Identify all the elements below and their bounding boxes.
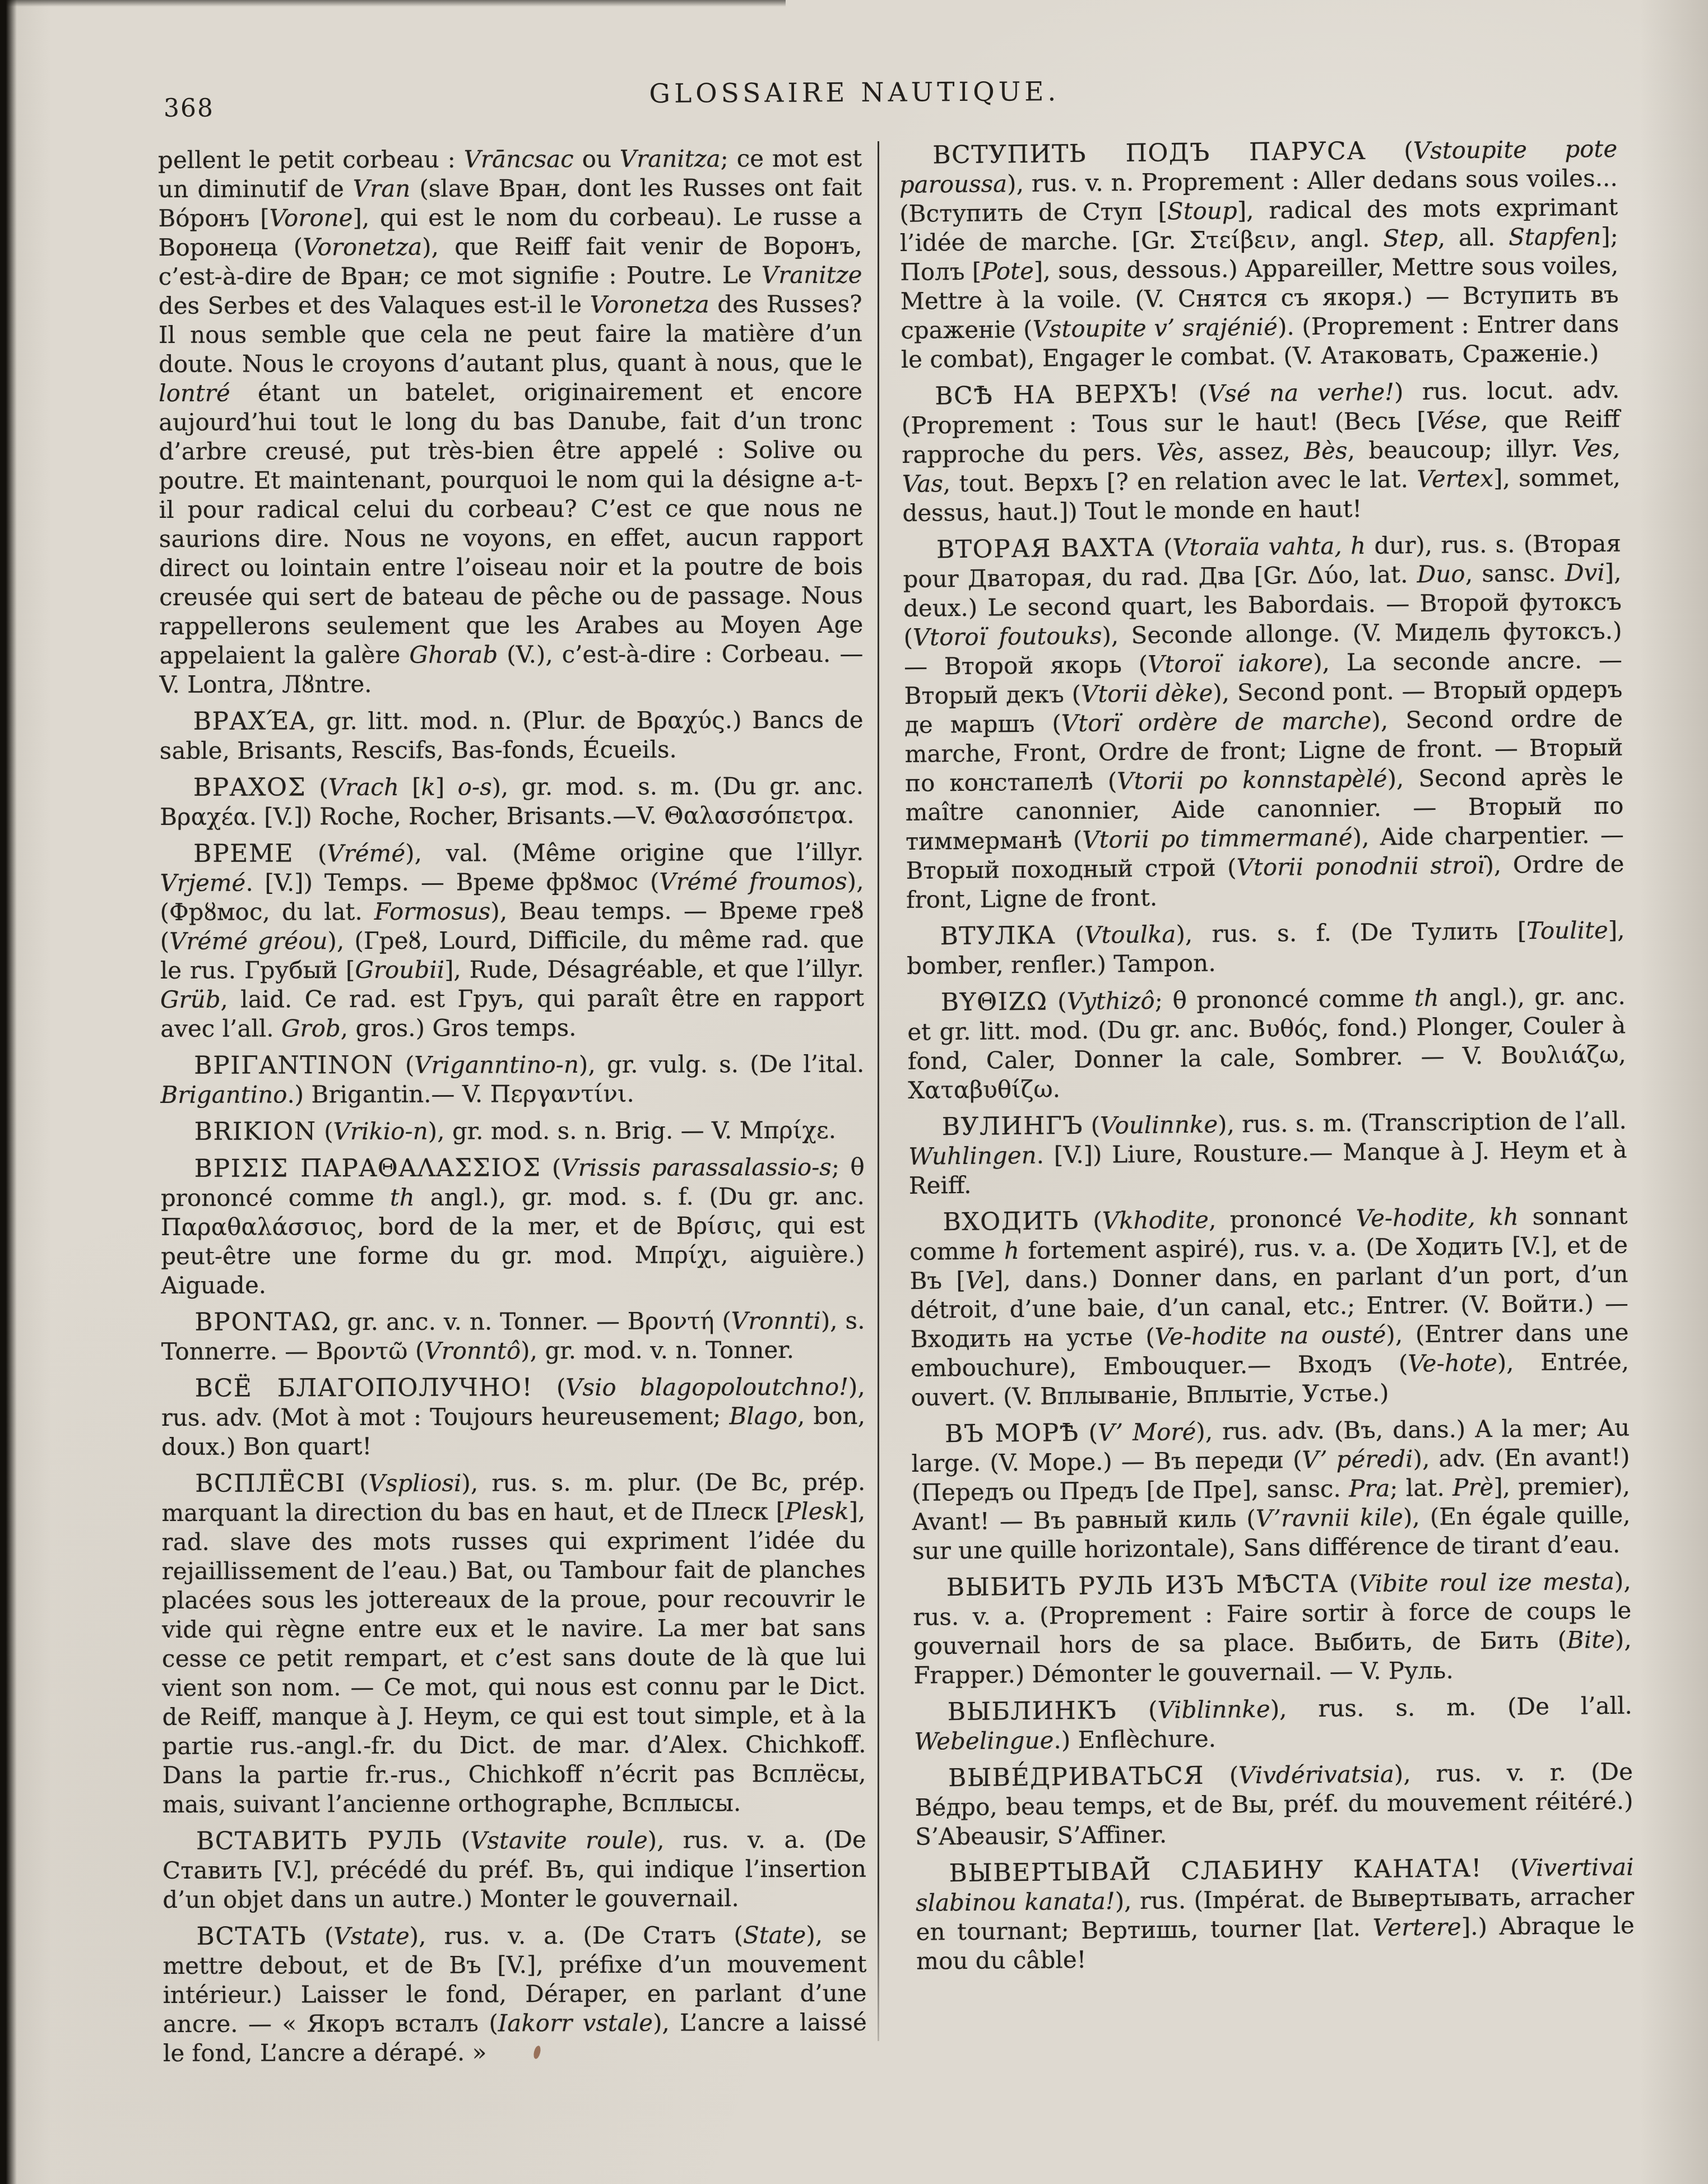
entry-headword: ВУЛИНГЪ: [942, 1111, 1084, 1141]
entry-headword: ВСТАТЬ: [196, 1922, 307, 1951]
entry-headword: ΒΥΘΙΖΩ: [941, 987, 1048, 1017]
entry-headword: ВЫВЕ́ДРИВАТЬСЯ: [948, 1761, 1205, 1792]
entry-paragraph: ΒΡΙΣΙΣ ΠΑΡΑΘΑΛΑΣΣΙΟΣ (Vrissis parassalas…: [161, 1153, 865, 1300]
entry-headword: ВРЕМЕ: [193, 839, 294, 868]
entry-paragraph: ВУЛИНГЪ (Voulinnke), rus. s. m. (Transcr…: [908, 1106, 1627, 1200]
column-divider: [878, 141, 879, 2041]
entry-headword: ВСПЛЁСВІ: [195, 1469, 346, 1498]
entry-headword: ВЫБИТЬ РУЛЬ ИЗЪ МѢСТА: [946, 1570, 1339, 1602]
entry-paragraph: ВЫБЛИНКЪ (Viblinnke), rus. s. m. (De l’a…: [914, 1691, 1633, 1756]
entry-paragraph: ВТОРАЯ ВАХТА (Vtoraïa vahta, h dur), rus…: [903, 529, 1625, 915]
entry-headword: ΒΡΟΝΤΑΩ: [194, 1307, 332, 1337]
entry-headword: ВЪ МОРѢ: [945, 1418, 1079, 1448]
entry-paragraph: ВСЁ БЛАГОПОЛУЧНО! (Vsio blagopoloutchno!…: [161, 1372, 865, 1462]
entry-headword: ВТОРАЯ ВАХТА: [936, 534, 1155, 564]
entry-paragraph: ВСТАТЬ (Vstate), rus. v. a. (De Статъ (S…: [163, 1921, 867, 2068]
entry-paragraph: ВЫБИТЬ РУЛЬ ИЗЪ МѢСТА (Vibite roul ize m…: [913, 1567, 1632, 1690]
entry-headword: ВТУЛКА: [940, 921, 1056, 950]
entry-headword: ВСТАВИТЬ РУЛЬ: [196, 1826, 443, 1856]
entry-paragraph: ВХОДИТЬ (Vkhodite, prononcé Ve-hodite, k…: [909, 1202, 1629, 1412]
entry-paragraph: ΒΡΑΧΈΑ, gr. litt. mod. n. (Plur. de Βραχ…: [160, 706, 864, 766]
entry-paragraph: ВСТУПИТЬ ПОДЪ ПАРУСА (Vstoupite pote par…: [899, 135, 1619, 374]
entry-headword: ΒΡΙΣΙΣ ΠΑΡΑΘΑΛΑΣΣΙΟΣ: [194, 1153, 541, 1183]
entry-paragraph: ВСПЛЁСВІ (Vspliosi), rus. s. m. plur. (D…: [161, 1468, 866, 1819]
entry-paragraph: ВСѢ НА ВЕРХЪ! (Vsé na verhe!) rus. locut…: [901, 375, 1621, 528]
entry-headword: ΒΡΑΧΟΣ: [193, 773, 306, 802]
entry-headword: ВСѢ НА ВЕРХЪ!: [935, 379, 1180, 410]
entry-headword: ВЫВЕРТЫВАЙ СЛАБИНУ КАНАТА!: [949, 1854, 1482, 1888]
entry-headword: ВХОДИТЬ: [943, 1207, 1079, 1236]
page: 368 GLOSSAIRE NAUTIQUE. pellent le petit…: [0, 0, 1708, 2184]
entry-headword: ВСЁ БЛАГОПОЛУЧНО!: [195, 1373, 533, 1403]
entry-headword: ВЫБЛИНКЪ: [948, 1696, 1117, 1726]
entry-paragraph: ВЫВЕ́ДРИВАТЬСЯ (Vivdérivatsia), rus. v. …: [915, 1758, 1633, 1852]
entry-paragraph: ВЫВЕРТЫВАЙ СЛАБИНУ КАНАТА! (Vivertivai s…: [915, 1853, 1635, 1976]
entry-headword: ВСТУПИТЬ ПОДЪ ПАРУСА: [932, 137, 1366, 169]
right-column: ВСТУПИТЬ ПОДЪ ПАРУСА (Vstoupite pote par…: [899, 135, 1635, 1984]
entry-paragraph: ΒΡΑΧΟΣ (Vrach [k] o-s), gr. mod. s. m. (…: [160, 772, 864, 832]
entry-paragraph: ВЪ МОРѢ (V’ Moré), rus. adv. (Въ, dans.)…: [911, 1413, 1631, 1566]
entry-paragraph: ВСТАВИТЬ РУЛЬ (Vstavite roule), rus. v. …: [163, 1825, 866, 1914]
entry-paragraph: ΒΡΙΓΑΝΤΙΝΟΝ (Vriganntino-n), gr. vulg. s…: [160, 1050, 864, 1110]
page-title: GLOSSAIRE NAUTIQUE.: [594, 76, 1115, 110]
entry-headword: BRIKION: [194, 1117, 317, 1146]
entry-paragraph: ΒΥΘΙΖΩ (Vythizô; θ prononcé comme th ang…: [907, 982, 1627, 1105]
entry-paragraph: ΒΡΟΝΤΑΩ, gr. anc. v. n. Tonner. — Βροντή…: [161, 1306, 865, 1366]
entry-headword: ΒΡΑΧΈΑ: [193, 707, 309, 736]
scan-edge-shadow: [0, 0, 17, 2184]
entry-headword: ΒΡΙΓΑΝΤΙΝΟΝ: [194, 1051, 394, 1080]
page-number: 368: [164, 94, 214, 123]
entry-paragraph: ВТУЛКА (Vtoulka), rus. s. f. (De Тулить …: [906, 916, 1625, 981]
scan-top-shadow: [0, 0, 786, 7]
entry-paragraph: BRIKION (Vrikio-n), gr. mod. s. n. Brig.…: [161, 1116, 865, 1147]
entry-paragraph: pellent le petit corbeau : Vrāncsac ou V…: [158, 144, 864, 699]
entry-paragraph: ВРЕМЕ (Vrémé), val. (Même origine que l’…: [160, 838, 864, 1044]
left-column: pellent le petit corbeau : Vrāncsac ou V…: [158, 144, 867, 2076]
